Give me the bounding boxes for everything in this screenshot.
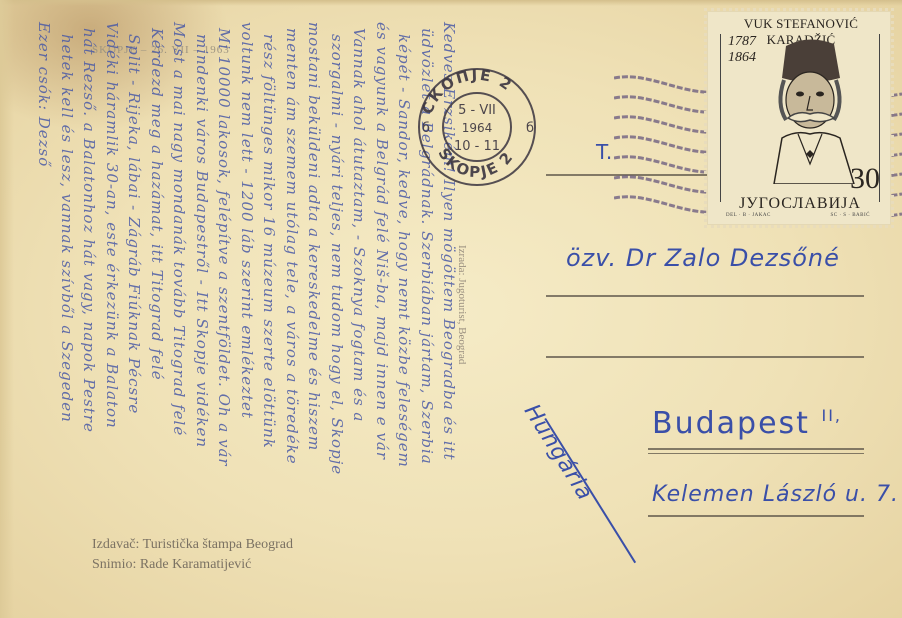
recipient-country: Hungária — [519, 400, 598, 505]
handwritten-message: Kedves Erzsikém! Ilyen mögöttem Beogradb… — [18, 14, 458, 614]
stamp-engraver-credit: SC · S · BABIĆ — [830, 213, 870, 218]
svg-text:б: б — [526, 121, 534, 136]
address-rule-4 — [648, 448, 864, 450]
recipient-street: Kelemen László u. 7. — [652, 482, 899, 507]
country-underline — [545, 418, 636, 563]
message-line: rész föltünges mikor 16 múzeum szerte el… — [260, 34, 278, 449]
address-mark: T. — [596, 140, 612, 164]
postmark-icon: СКОПЈЕ 2 SKOPJE 2 5 - VII 1964 10 - 11 б… — [412, 64, 542, 190]
city-name: Budapest — [652, 406, 810, 441]
stamp-country: ЈУГОСЛАВИЈА — [722, 195, 878, 213]
message-line: Split - Rijeka, lábai - Zágráb Fiúknak P… — [125, 34, 143, 414]
postcard-back: SKOPJE – 26. VII – 1963 Izrada: Jugoturi… — [0, 0, 902, 618]
recipient-city: Budapest II, — [652, 406, 842, 441]
stamp-designer-credit: DEL · B · JAKAC — [726, 213, 771, 218]
address-rule-2 — [546, 295, 864, 297]
message-line: menten ám szemem utólag tele, a város a … — [283, 28, 301, 465]
message-line: Ezer csók: Dezső — [35, 22, 53, 167]
message-line: mostani beküldeni adta a kereskedelme és… — [305, 22, 323, 451]
stamp-value: 30 — [850, 162, 880, 196]
message-line: Vidéki háramlik 30-an, este érkezünk a B… — [103, 22, 121, 429]
message-line: és vagyunk a Belgrád felé Niš-ba, majd i… — [373, 22, 391, 460]
message-line: mindenki város Budapestről - Itt Skopje … — [193, 34, 211, 448]
svg-text:5 - VII: 5 - VII — [458, 103, 496, 118]
svg-text:б: б — [422, 121, 430, 136]
address-rule-3 — [546, 356, 864, 358]
recipient-name: özv. Dr Zalo Dezsőné — [566, 244, 840, 272]
message-line: Kérdezd meg a hazámat, itt Titograd felé — [148, 28, 166, 381]
message-line: Vannak ahol átutaztam, - Szoknya fogtam … — [350, 28, 368, 422]
svg-text:10 - 11: 10 - 11 — [454, 139, 500, 154]
city-district: II, — [821, 406, 842, 425]
message-line: Most a mai nagy mondanák tovább Titograd… — [170, 22, 188, 436]
postage-stamp: VUK STEFANOVIĆ KARADŽIĆ 1787 1864 30 — [708, 12, 890, 224]
message-line: voltunk nem lett - 1200 láb szerint emlé… — [238, 22, 256, 419]
address-rule-5 — [648, 515, 864, 517]
message-line: hetek kell és lesz, vannak szívből a Sze… — [58, 34, 76, 423]
svg-text:1964: 1964 — [462, 121, 493, 135]
address-rule-4b — [648, 453, 864, 454]
message-line: Mi 10000 lakosok, felépítve a szentfölde… — [215, 28, 233, 467]
message-line: hát Rezső. a Balatonhoz hát vagy, napok … — [80, 28, 98, 433]
message-line: szorgalmi - nyári teljes, nem tudom hogy… — [328, 34, 346, 475]
message-line: képét - Sandor, kedve, hogy nemt közbe f… — [395, 34, 413, 468]
